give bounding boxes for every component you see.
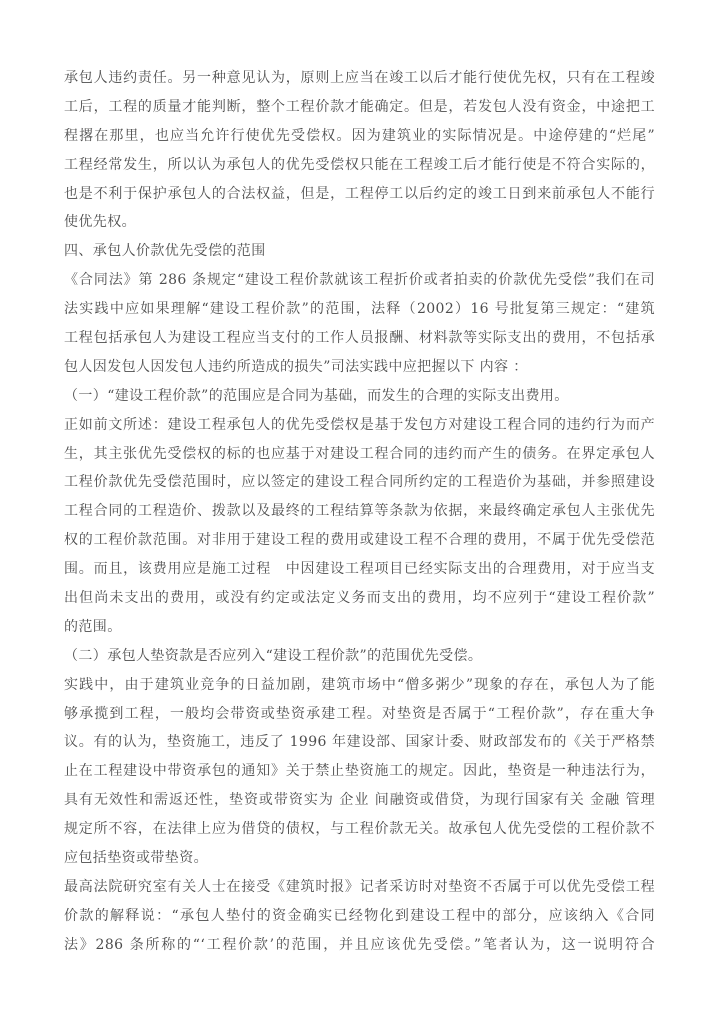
- text-line: 使优先权。: [64, 208, 655, 237]
- text-line: 程撂在那里，也应当允许行使优先受偿权。因为建筑业的实际情况是。中途停建的“烂尾”: [64, 122, 655, 151]
- text-line: 工程价款优先受偿范围时，应以签定的建设工程合同所约定的工程造价为基础，并参照建设: [64, 468, 655, 497]
- text-line: 法实践中应如果理解“建设工程价款”的范围，法释（2002）16 号批复第三规定：…: [64, 295, 655, 324]
- text-line: 的范围。: [64, 613, 655, 642]
- text-line: 工程包括承包人为建设工程应当支付的工作人员报酬、材料款等实际支出的费用，不包括承: [64, 324, 655, 353]
- text-line: 最高法院研究室有关人士在接受《建筑时报》记者采访时对垫资不否属于可以优先受偿工程: [64, 873, 655, 902]
- document-page: 承包人违约责任。另一种意见认为，原则上应当在竣工以后才能行使优先权，只有在工程竣…: [0, 0, 720, 1018]
- subsection-heading: （二）承包人垫资款是否应列入“建设工程价款”的范围优先受偿。: [64, 642, 655, 671]
- text-line: 价款的解释说：“承包人垫付的资金确实已经物化到建设工程中的部分，应该纳入《合同: [64, 902, 655, 931]
- text-block: 承包人违约责任。另一种意见认为，原则上应当在竣工以后才能行使优先权，只有在工程竣…: [64, 64, 655, 960]
- text-line: 规定所不容，在法律上应为借贷的债权，与工程价款无关。故承包人优先受偿的工程价款不: [64, 815, 655, 844]
- subsection-heading: （一）“建设工程价款”的范围应是合同为基础，而发生的合理的实际支出费用。: [64, 382, 655, 411]
- text-line: 够承揽到工程，一般均会带资或垫资承建工程。对垫资是否属于“工程价款”，存在重大争: [64, 700, 655, 729]
- text-line: 议。有的认为，垫资施工，违反了 1996 年建设部、国家计委、财政部发布的《关于…: [64, 728, 655, 757]
- text-line: 出但尚未支出的费用，或没有约定或法定义务而支出的费用，均不应列于“建设工程价款”: [64, 584, 655, 613]
- text-line: 《合同法》第 286 条规定“建设工程价款就该工程折价或者拍卖的价款优先受偿”我…: [64, 266, 655, 295]
- text-line: 法》286 条所称的“‘工程价款’的范围，并且应该优先受偿。”笔者认为，这一说明…: [64, 931, 655, 960]
- text-line: 实践中，由于建筑业竞争的日益加剧，建筑市场中“僧多粥少”现象的存在，承包人为了能: [64, 671, 655, 700]
- text-line: 工程合同的工程造价、拨款以及最终的工程结算等条款为依据，来最终确定承包人主张优先: [64, 497, 655, 526]
- text-line: 生，其主张优先受偿权的标的也应基于对建设工程合同的违约而产生的债务。在界定承包人: [64, 440, 655, 469]
- text-line: 也是不利于保护承包人的合法权益，但是，工程停工以后约定的竣工日到来前承包人不能行: [64, 180, 655, 209]
- text-line: 权的工程价款范围。对非用于建设工程的费用或建设工程不合理的费用，不属于优先受偿范: [64, 526, 655, 555]
- text-line: 止在工程建设中带资承包的通知》关于禁止垫资施工的规定。因此，垫资是一种违法行为，: [64, 757, 655, 786]
- section-heading: 四、承包人价款优先受偿的范围: [64, 237, 655, 266]
- text-line: 承包人违约责任。另一种意见认为，原则上应当在竣工以后才能行使优先权，只有在工程竣: [64, 64, 655, 93]
- text-line: 具有无效性和需返还性，垫资或带资实为 企业 间融资或借贷，为现行国家有关 金融 …: [64, 786, 655, 815]
- text-line: 正如前文所述：建设工程承包人的优先受偿权是基于发包方对建设工程合同的违约行为而产: [64, 411, 655, 440]
- text-line: 应包括垫资或带垫资。: [64, 844, 655, 873]
- text-line: 包人因发包人因发包人违约所造成的损失”司法实践中应把握以下 内容 ：: [64, 353, 655, 382]
- text-line: 围。而且，该费用应是施工过程 中因建设工程项目已经实际支出的合理费用，对于应当支: [64, 555, 655, 584]
- text-line: 工后，工程的质量才能判断，整个工程价款才能确定。但是，若发包人没有资金，中途把工: [64, 93, 655, 122]
- text-line: 工程经常发生，所以认为承包人的优先受偿权只能在工程竣工后才能行使是不符合实际的，: [64, 151, 655, 180]
